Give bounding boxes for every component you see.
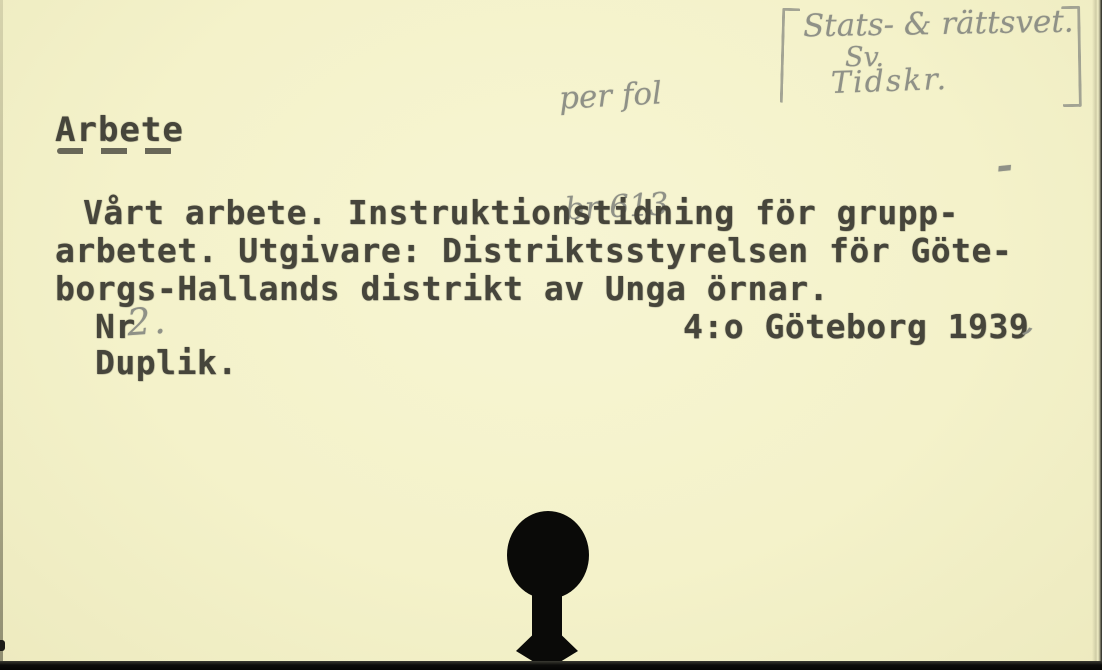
catalog-card: per fol br 613 Stats- & rättsvet. Sv. Ti… [0, 0, 1102, 670]
card-heading: Arbete [55, 110, 184, 150]
left-bracket-mark [780, 8, 800, 103]
shelfmark-line-1: per fol [558, 75, 663, 117]
card-left-edge-notch [0, 640, 5, 651]
subject-line-3: Tidskr. [830, 62, 948, 101]
heading-dashed-underline [57, 148, 173, 154]
scan-bottom-edge [0, 661, 1102, 670]
handwritten-issue-number: 2. [126, 299, 170, 345]
card-right-edge-shadow [1092, 0, 1102, 670]
body-line-2: arbetet. Utgivare: Distriktsstyrelsen fö… [55, 231, 1012, 270]
duplicate-note: Duplik. [95, 343, 238, 382]
body-line-3: borgs-Hallands distrikt av Unga örnar. [55, 269, 829, 308]
right-bracket-mark [1061, 6, 1082, 107]
pencil-dash-mark: - [994, 141, 1015, 189]
body-line-1: Vårt arbete. Instruktionstidning för gru… [83, 193, 959, 232]
card-left-edge [0, 0, 3, 670]
subject-line-1: Stats- & rättsvet. [803, 4, 1074, 45]
rod-hole-punch-icon [498, 505, 602, 670]
imprint: 4:o Göteborg 1939 [683, 307, 1029, 346]
